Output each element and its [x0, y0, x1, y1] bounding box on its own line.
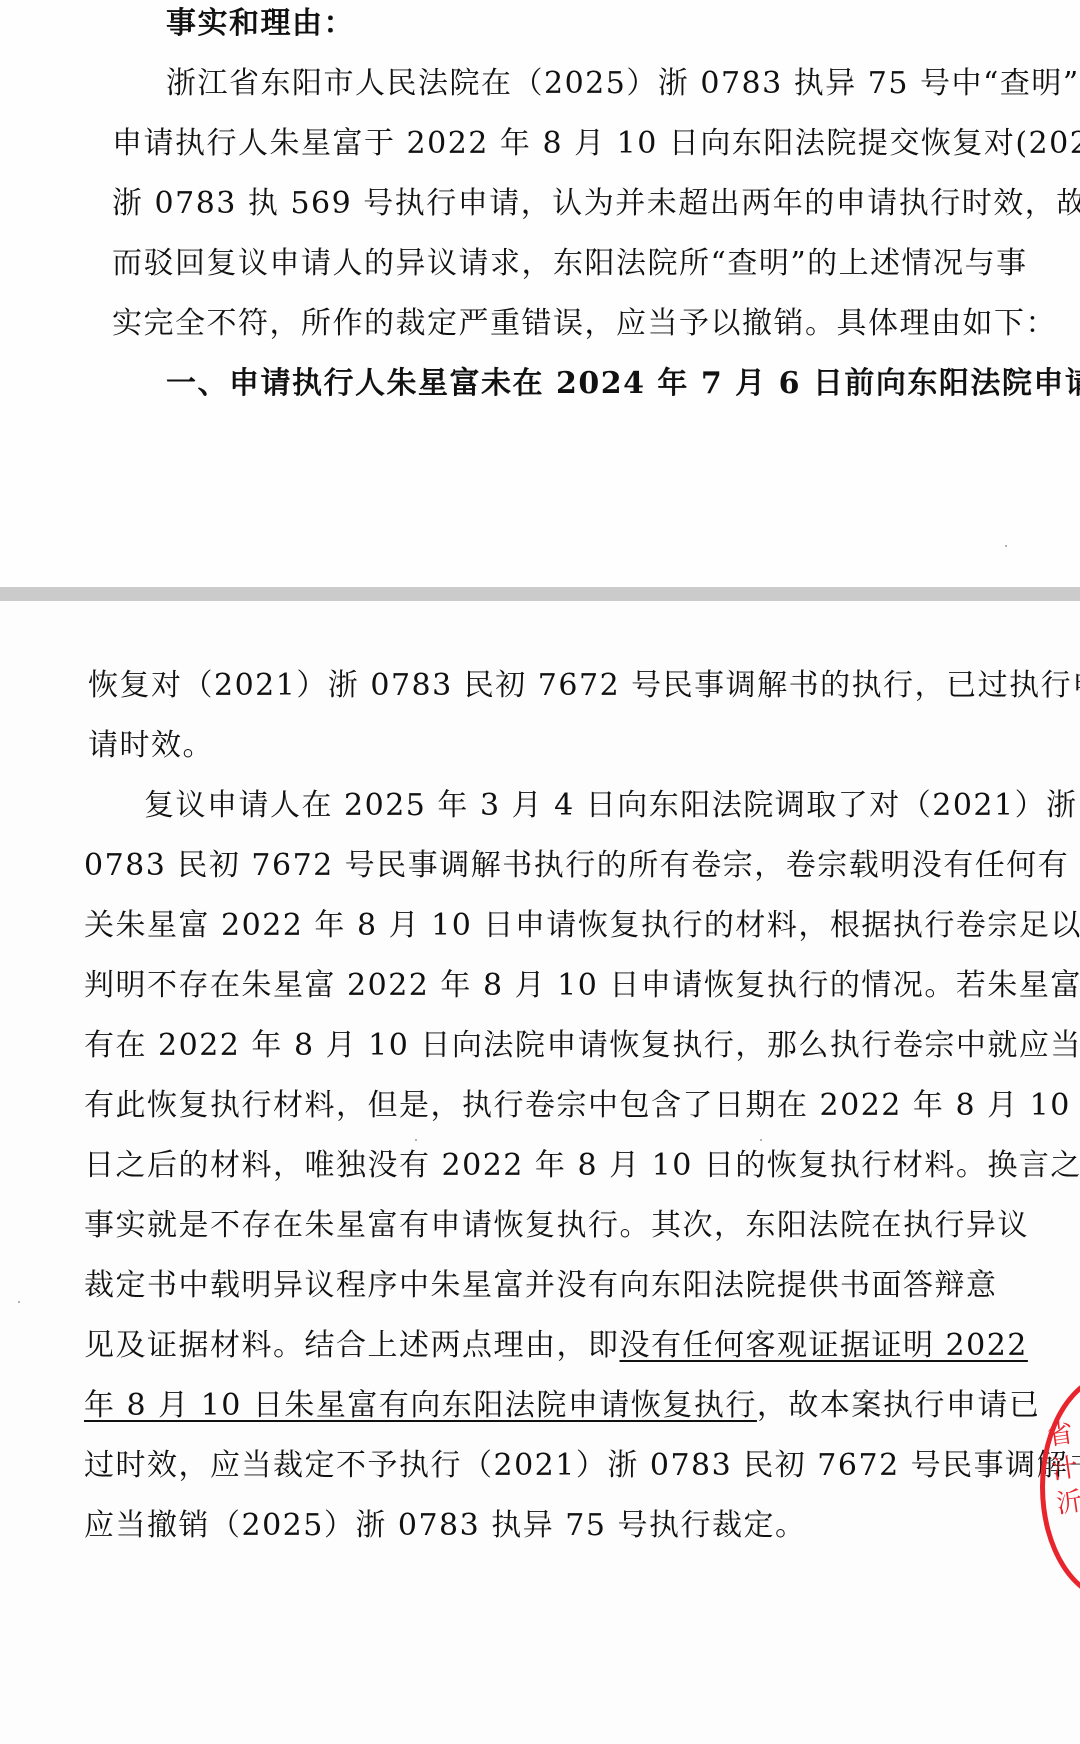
paragraph-line: 复议申请人在 2025 年 3 月 4 日向东阳法院调取了对（2021）浙	[144, 786, 1078, 826]
seal-text: 省 汁 沂	[1044, 1418, 1080, 1516]
paragraph-line: 应当撤销（2025）浙 0783 执异 75 号执行裁定。	[84, 1506, 807, 1546]
plain-text: 见及证据材料。结合上述两点理由，即	[84, 1328, 620, 1363]
paragraph-line: 申请执行人朱星富于 2022 年 8 月 10 日向东阳法院提交恢复对(2022…	[112, 124, 1080, 164]
scan-speck	[1005, 545, 1007, 547]
underlined-emphasis: 没有任何客观证据证明 2022	[620, 1328, 1028, 1363]
paragraph-line: 实完全不符，所作的裁定严重错误，应当予以撤销。具体理由如下：	[112, 304, 1057, 344]
paragraph-line: 判明不存在朱星富 2022 年 8 月 10 日申请恢复执行的情况。若朱星富	[84, 966, 1080, 1006]
paragraph-line: 0783 民初 7672 号民事调解书执行的所有卷宗，卷宗载明没有任何有	[84, 846, 1069, 886]
scan-speck	[415, 1139, 417, 1141]
paragraph-line: 而驳回复议申请人的异议请求，东阳法院所“查明”的上述情况与事	[112, 244, 1028, 284]
paragraph-line: 恢复对（2021）浙 0783 民初 7672 号民事调解书的执行，已过执行申	[88, 666, 1080, 706]
paragraph-line: 请时效。	[88, 726, 214, 766]
paragraph-line: 浙 0783 执 569 号执行申请，认为并未超出两年的申请执行时效，故	[112, 184, 1080, 224]
paragraph-line: 有此恢复执行材料，但是，执行卷宗中包含了日期在 2022 年 8 月 10	[84, 1086, 1071, 1126]
paragraph-line: 关朱星富 2022 年 8 月 10 日申请恢复执行的材料，根据执行卷宗足以	[84, 906, 1080, 946]
document-page-1: 事实和理由： 浙江省东阳市人民法院在（2025）浙 0783 执异 75 号中“…	[0, 0, 1080, 587]
numbered-point-heading: 一、申请执行人朱星富未在 2024 年 7 月 6 日前向东阳法院申请	[166, 364, 1080, 404]
paragraph-line-with-emphasis: 年 8 月 10 日朱星富有向东阳法院申请恢复执行，故本案执行申请已	[84, 1386, 1040, 1426]
plain-text: ，故本案执行申请已	[757, 1388, 1041, 1423]
paragraph-line: 浙江省东阳市人民法院在（2025）浙 0783 执异 75 号中“查明”	[166, 64, 1080, 104]
scan-speck	[760, 1139, 762, 1141]
page-separator	[0, 587, 1080, 601]
paragraph-line: 裁定书中载明异议程序中朱星富并没有向东阳法院提供书面答辩意	[84, 1266, 998, 1306]
section-heading: 事实和理由：	[166, 4, 355, 44]
document-page-2: 恢复对（2021）浙 0783 民初 7672 号民事调解书的执行，已过执行申 …	[0, 601, 1080, 1744]
paragraph-line-with-emphasis: 见及证据材料。结合上述两点理由，即没有任何客观证据证明 2022	[84, 1326, 1028, 1366]
scan-speck	[18, 1301, 20, 1303]
paragraph-line: 日之后的材料，唯独没有 2022 年 8 月 10 日的恢复执行材料。换言之，	[84, 1146, 1080, 1186]
paragraph-line: 事实就是不存在朱星富有申请恢复执行。其次，东阳法院在执行异议	[84, 1206, 1029, 1246]
underlined-emphasis: 年 8 月 10 日朱星富有向东阳法院申请恢复执行	[84, 1388, 757, 1423]
paragraph-line: 过时效，应当裁定不予执行（2021）浙 0783 民初 7672 号民事调解书，	[84, 1446, 1080, 1486]
paragraph-line: 有在 2022 年 8 月 10 日向法院申请恢复执行，那么执行卷宗中就应当	[84, 1026, 1080, 1066]
